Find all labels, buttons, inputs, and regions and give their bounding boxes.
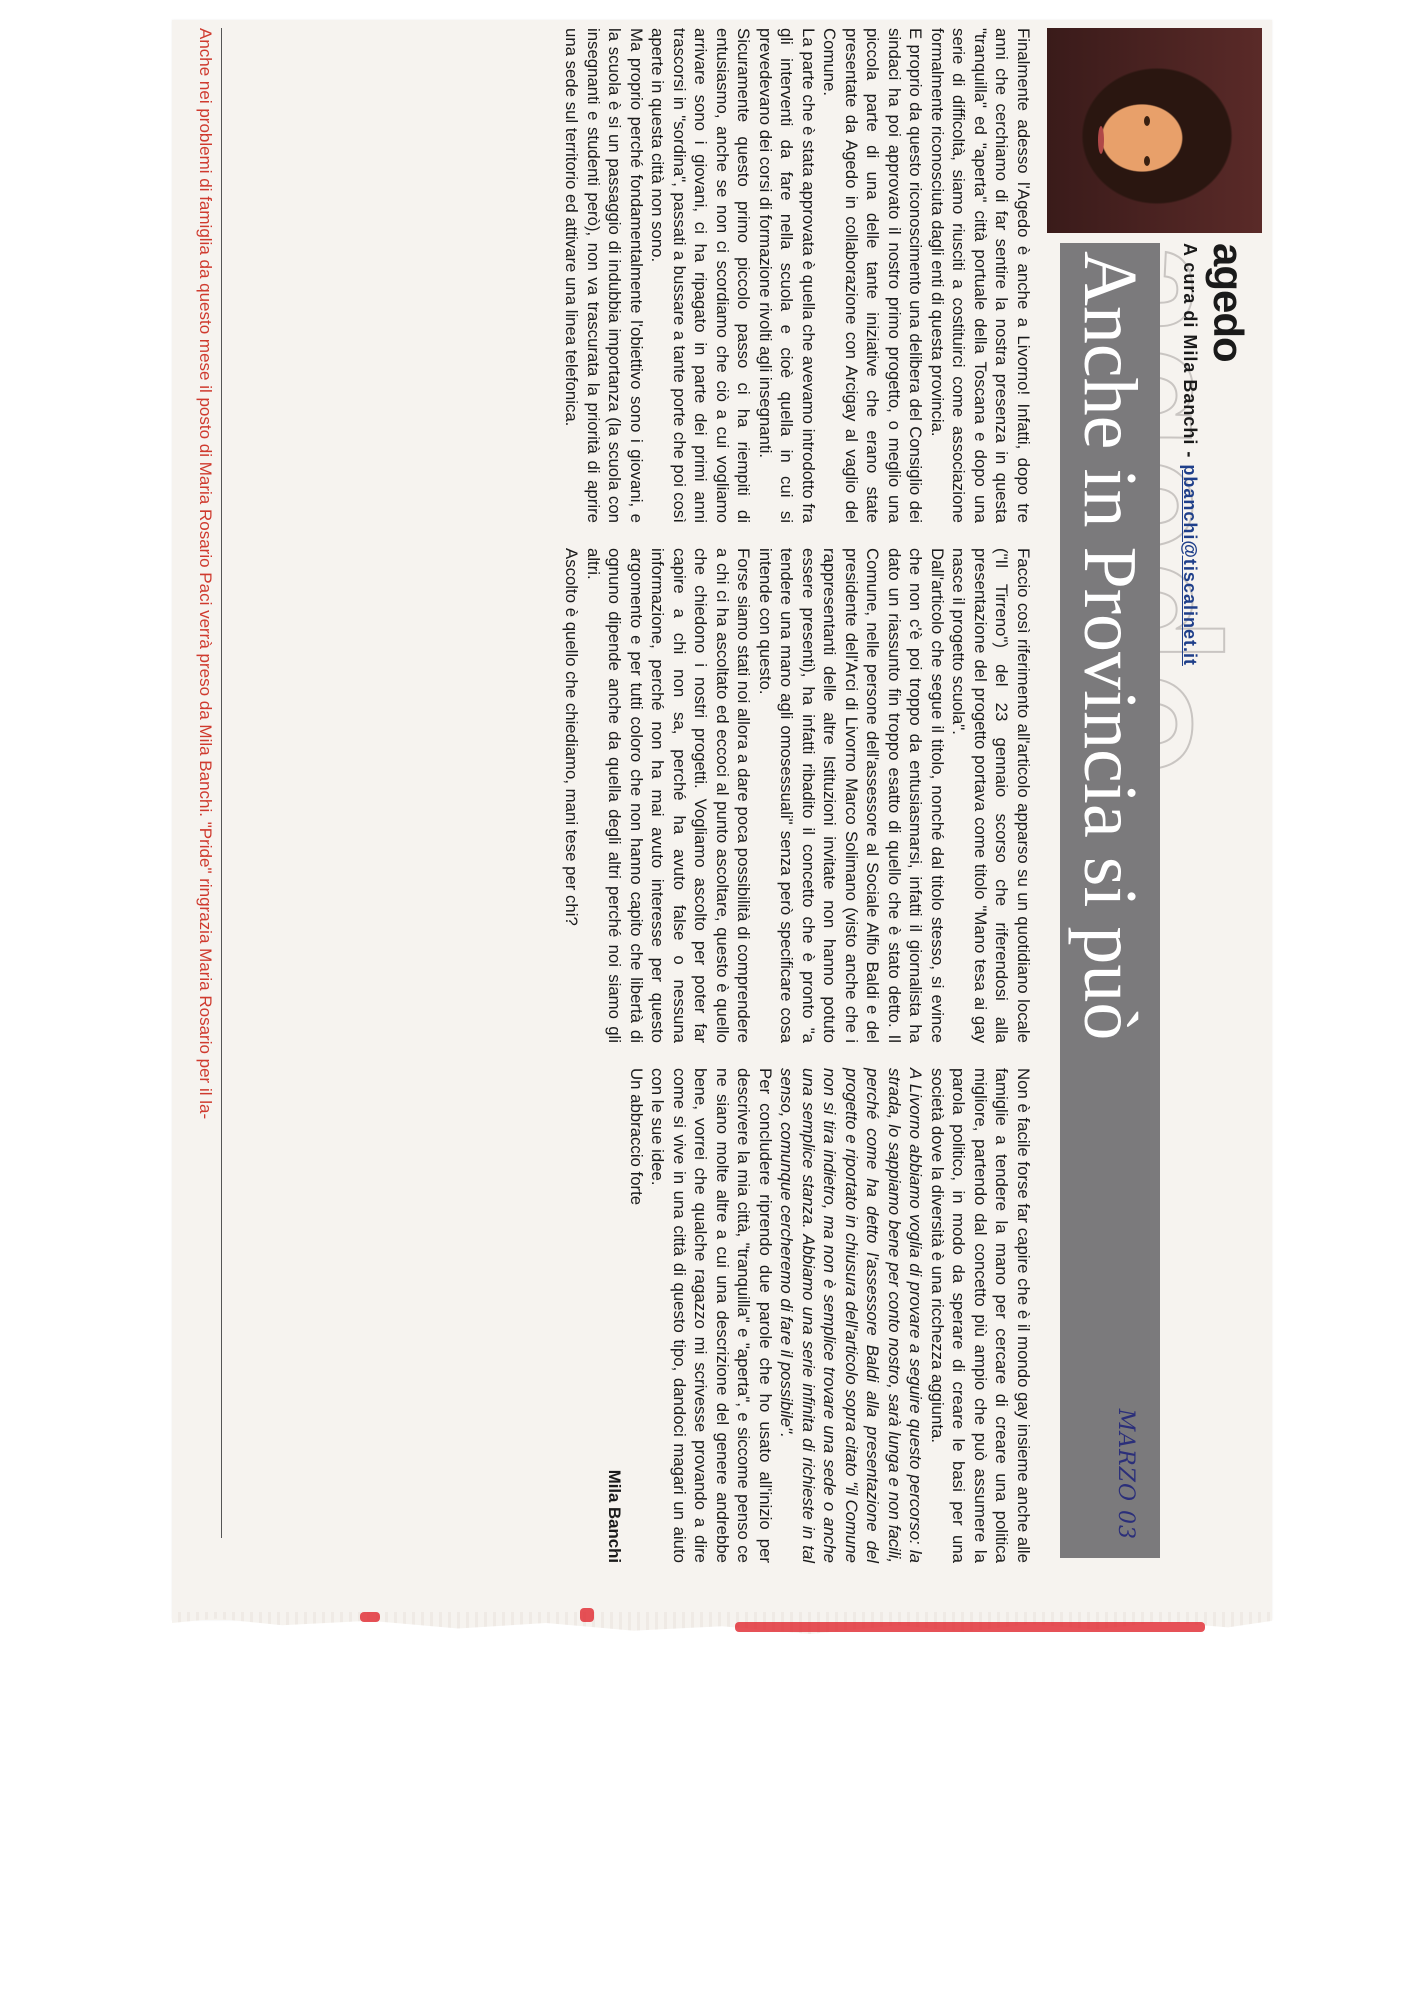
footer-divider (221, 28, 222, 1538)
article-title: Anche in Provincia si può (1064, 251, 1156, 1040)
red-print-smudge (360, 1612, 380, 1622)
article: agedo agedo A cura di Mila Banchi - pban… (182, 28, 1262, 1588)
paragraph: Non è facile forse far capire che è il m… (927, 1068, 1035, 1563)
red-print-smudge (580, 1608, 594, 1622)
byline-author: A cura di Mila Banchi - (1180, 243, 1200, 464)
brand-logo: agedo (1204, 243, 1252, 362)
byline: A cura di Mila Banchi - pbanchi@tiscalin… (1179, 243, 1200, 666)
photo-mouth (1098, 126, 1104, 154)
photo-eye (1144, 156, 1150, 166)
column-1: Finalmente adesso l'Agedo è anche a Livo… (561, 28, 1034, 523)
author-email-link[interactable]: pbanchi@tiscalinet.it (1180, 464, 1200, 666)
paragraph: Dall'articolo che segue il titolo, nonch… (755, 548, 949, 1043)
paragraph: Ascolto è quello che chiediamo, mani tes… (561, 548, 583, 1043)
article-body: Finalmente adesso l'Agedo è anche a Livo… (474, 28, 1034, 1558)
red-print-smudge (735, 1622, 1205, 1632)
title-bar: Anche in Provincia si può MARZO 03 (1060, 243, 1160, 1558)
closing-line: Un abbraccio forte (626, 1068, 648, 1563)
paragraph: Per concludere riprendo due parole che h… (647, 1068, 776, 1563)
footer-note: Anche nei problemi di famiglia da questo… (195, 28, 215, 1588)
paragraph: Ma proprio perché fondamentalmente l'obi… (561, 28, 647, 523)
article-header: agedo agedo A cura di Mila Banchi - pban… (1047, 243, 1262, 1588)
column-2: Faccio così riferimento all'articolo app… (561, 548, 1034, 1043)
author-photo (1047, 28, 1262, 233)
paragraph: Sicuramente questo primo piccolo passo c… (647, 28, 755, 523)
column-3: Non è facile forse far capire che è il m… (604, 1068, 1034, 1563)
paragraph: A Livorno abbiamo voglia di provare a se… (776, 1068, 927, 1563)
paragraph: Finalmente adesso l'Agedo è anche a Livo… (927, 28, 1035, 523)
paragraph: E proprio da questo riconoscimento una d… (819, 28, 927, 523)
signature: Mila Banchi (604, 1068, 626, 1563)
paragraph: Faccio così riferimento all'articolo app… (948, 548, 1034, 1043)
paragraph: La parte che è stata approvata è quella … (755, 28, 820, 523)
paragraph: Forse siamo stati noi allora a dare poca… (583, 548, 755, 1043)
photo-eye (1144, 116, 1150, 126)
handwritten-date: MARZO 03 (1113, 1409, 1138, 1540)
